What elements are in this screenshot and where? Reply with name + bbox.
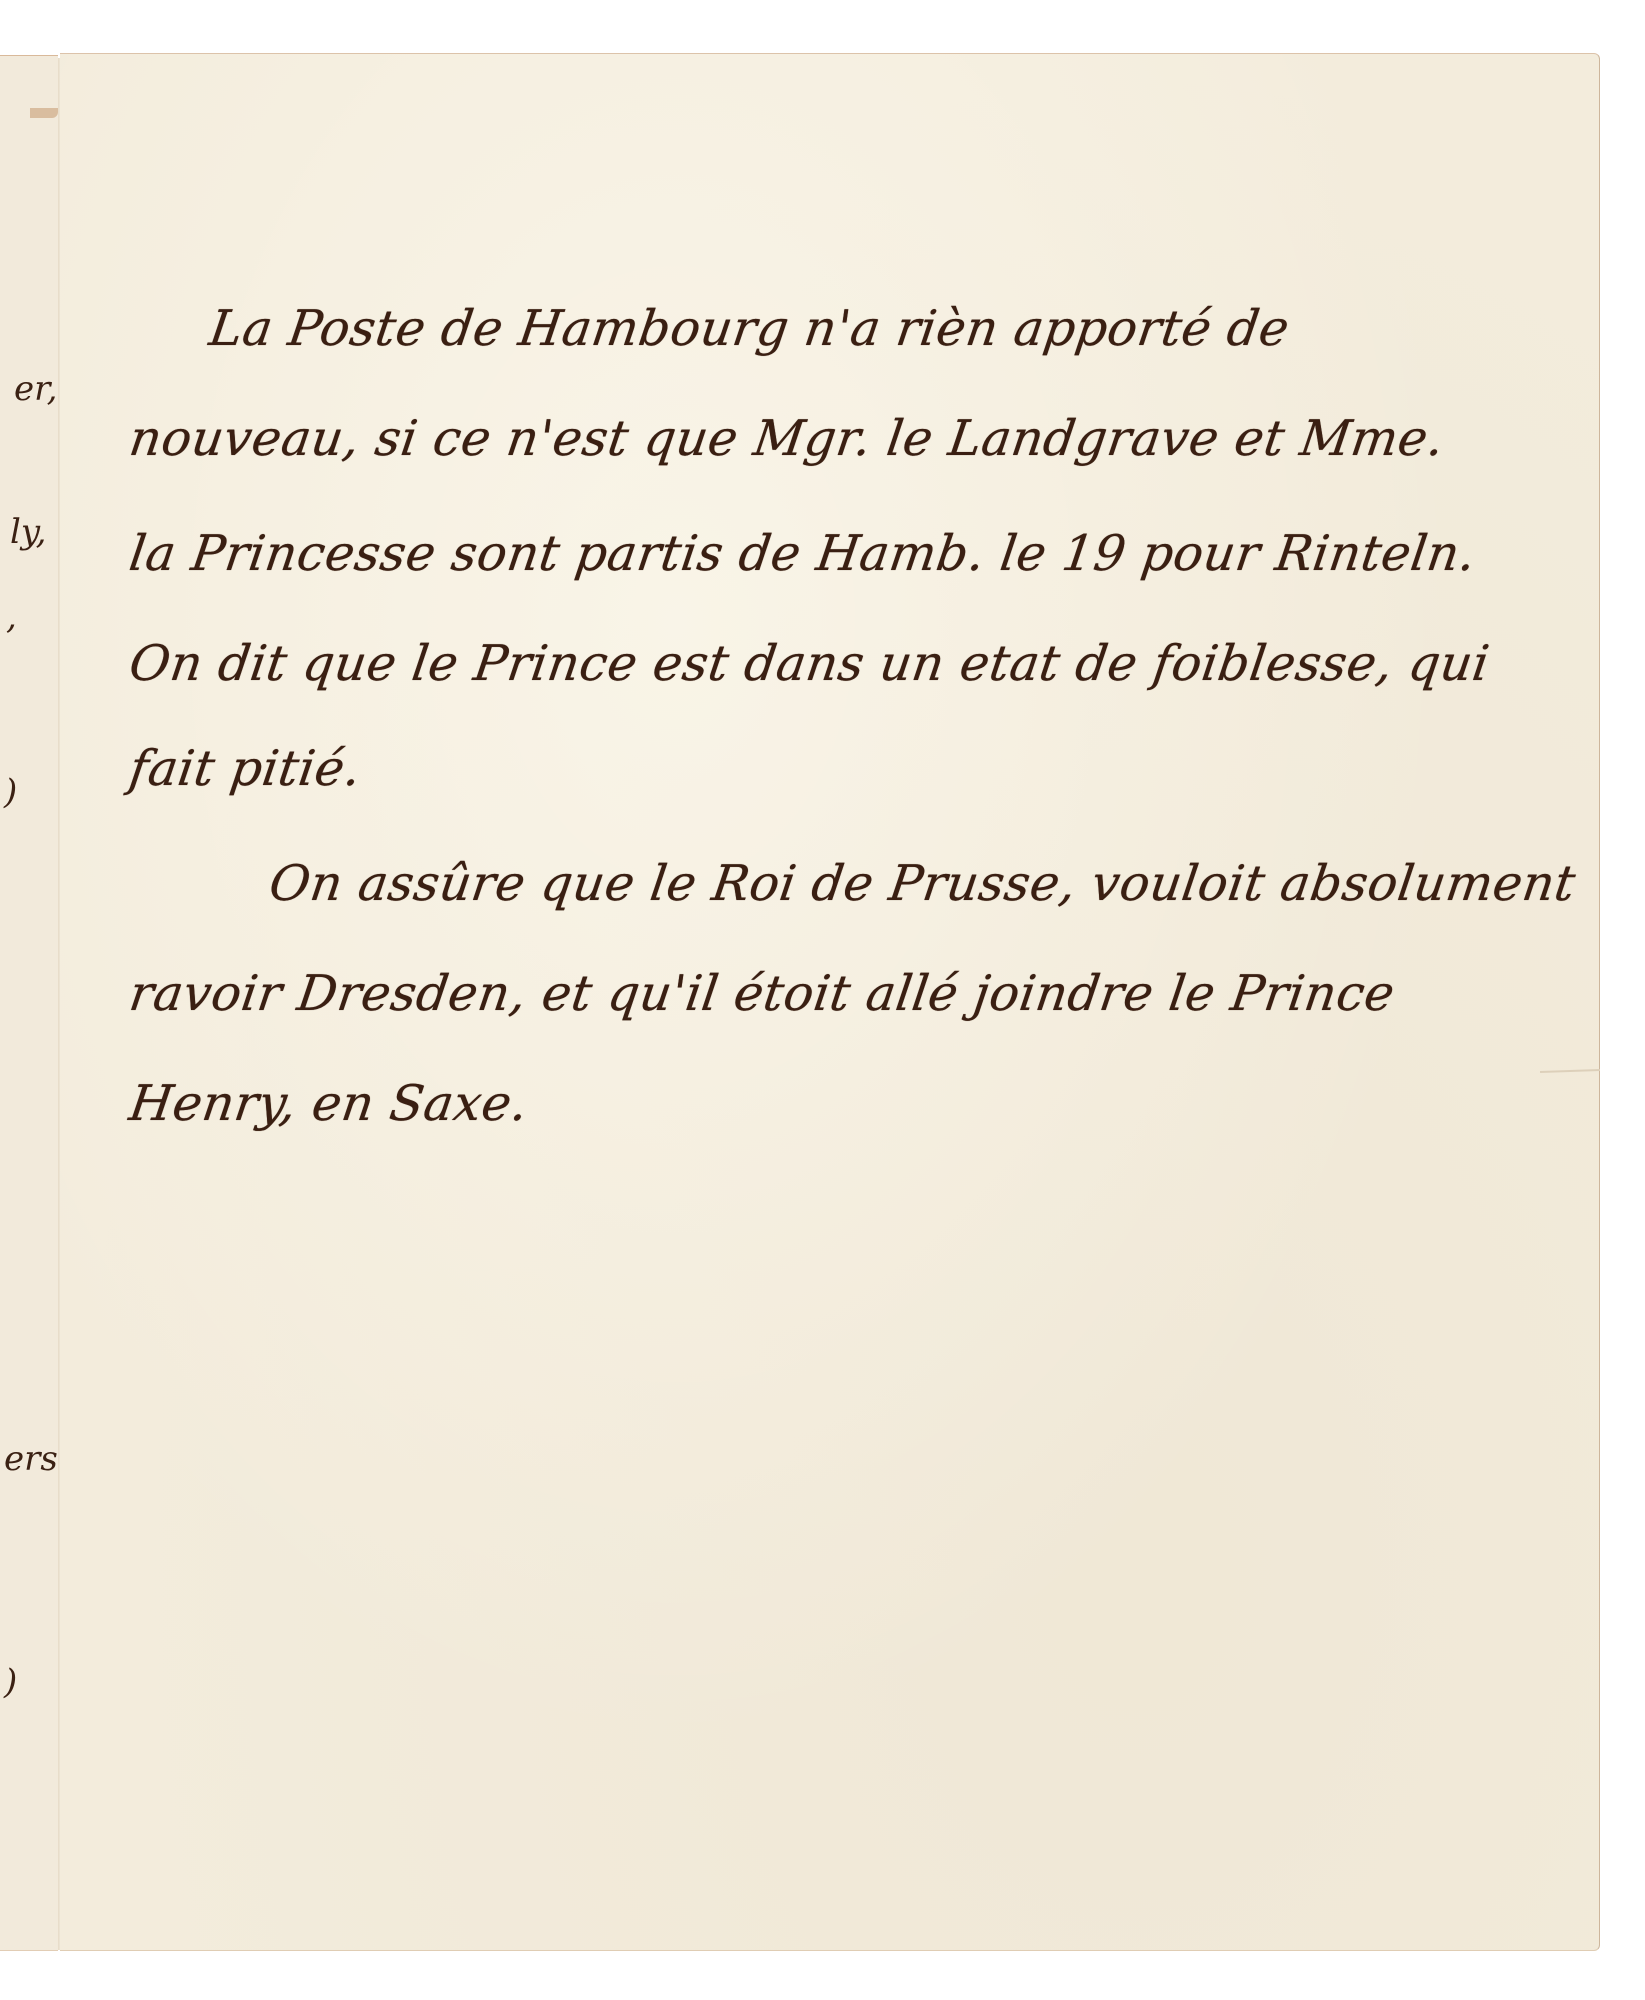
letter-line: la Princesse sont partis de Hamb. le 19 … xyxy=(126,525,1480,582)
letter-line: fait pitié. xyxy=(126,740,365,797)
left-page-fragment: ) xyxy=(4,775,17,809)
letter-line: La Poste de Hambourg n'a rièn apporté de xyxy=(206,300,1293,357)
left-page-fragment: ers xyxy=(4,1442,58,1476)
letter-line: nouveau, si ce n'est que Mgr. le Landgra… xyxy=(126,410,1448,467)
letter-line: On assûre que le Roi de Prusse, vouloit … xyxy=(266,855,1579,912)
left-page-fragment: ly, xyxy=(10,515,46,549)
torn-corner xyxy=(30,108,58,118)
letter-line: On dit que le Prince est dans un etat de… xyxy=(126,635,1493,692)
letter-line: Henry, en Saxe. xyxy=(126,1075,532,1132)
left-page-fragment: er, xyxy=(14,372,57,406)
left-page-fragment: , xyxy=(6,600,17,634)
letter-line: ravoir Dresden, et qu'il étoit allé join… xyxy=(126,965,1398,1022)
left-page-fragment: ) xyxy=(4,1665,17,1699)
